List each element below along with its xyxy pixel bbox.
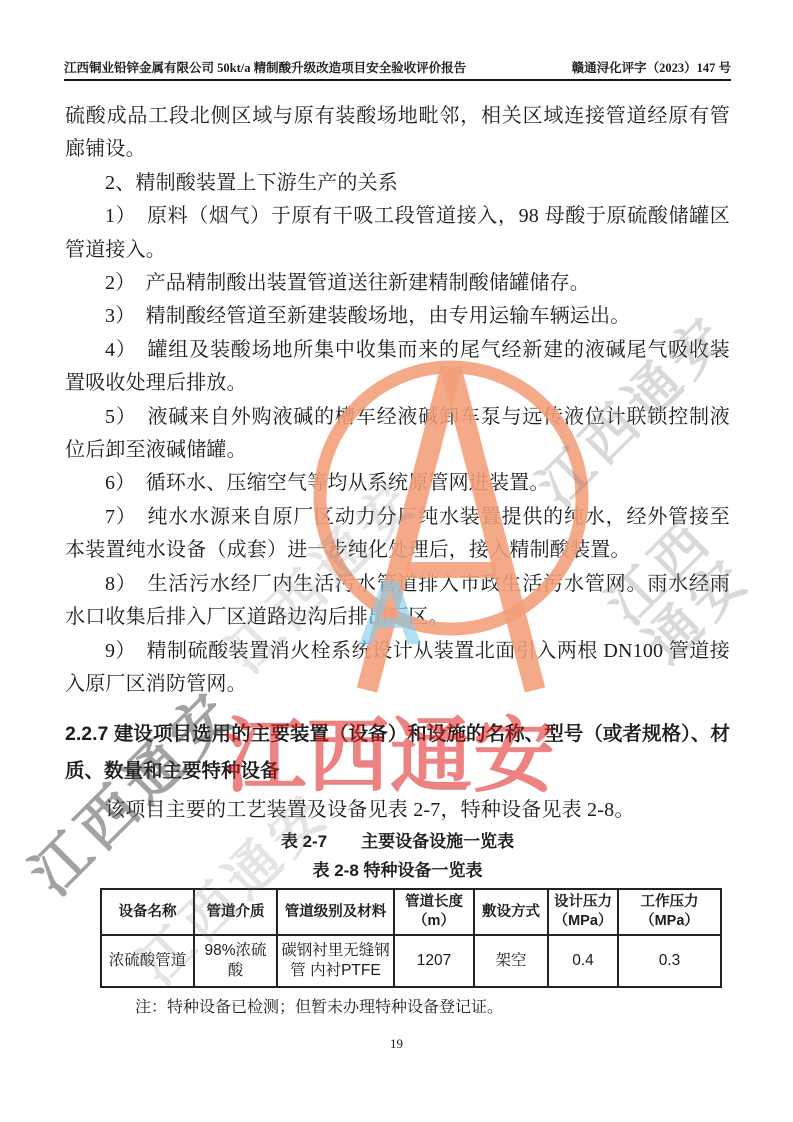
header-laying-method: 敷设方式 xyxy=(474,889,548,935)
body-paragraph: 2、精制酸装置上下游生产的关系 xyxy=(65,167,730,200)
header-pipe-length: 管道长度 （m） xyxy=(394,889,474,935)
table-row: 浓硫酸管道 98%浓硫酸 碳钢衬里无缝钢管 内衬PTFE 1207 架空 0.4… xyxy=(101,935,721,987)
special-equipment-table: 设备名称 管道介质 管道级别及材料 管道长度 （m） 敷设方式 设计压力 （MP… xyxy=(100,888,722,988)
table-caption-2-7: 表 2-7 主要设备设施一览表 xyxy=(65,828,730,855)
body-paragraph: 6） 循环水、压缩空气等均从系统原管网进装置。 xyxy=(65,467,730,500)
page-number: 19 xyxy=(0,1036,793,1052)
header-pipe-class-material: 管道级别及材料 xyxy=(277,889,394,935)
body-paragraph: 硫酸成品工段北侧区域与原有装酸场地毗邻，相关区域连接管道经原有管廊铺设。 xyxy=(65,100,730,167)
document-page: 江西铜业铅锌金属有限公司 50kt/a 精制酸升级改造项目安全验收评价报告 赣通… xyxy=(0,0,793,1122)
body-paragraph: 5） 液碱来自外购液碱的槽车经液碱卸车泵与远传液位计联锁控制液位后卸至液碱储罐。 xyxy=(65,401,730,468)
header-pipe-medium: 管道介质 xyxy=(194,889,277,935)
cell-pipe-medium: 98%浓硫酸 xyxy=(194,935,277,987)
header-document-number: 赣通浔化评字（2023）147 号 xyxy=(572,60,731,76)
cell-pipe-length: 1207 xyxy=(394,935,474,987)
section-intro-paragraph: 该项目主要的工艺装置及设备见表 2-7，特种设备见表 2-8。 xyxy=(65,795,730,826)
cell-equipment-name: 浓硫酸管道 xyxy=(101,935,194,987)
cell-working-pressure: 0.3 xyxy=(618,935,721,987)
cell-pipe-class-material: 碳钢衬里无缝钢管 内衬PTFE xyxy=(277,935,394,987)
cell-design-pressure: 0.4 xyxy=(548,935,618,987)
body-paragraph: 3） 精制酸经管道至新建装酸场地，由专用运输车辆运出。 xyxy=(65,300,730,333)
page-content: 硫酸成品工段北侧区域与原有装酸场地毗邻，相关区域连接管道经原有管廊铺设。 2、精… xyxy=(65,100,730,1019)
body-paragraph: 8） 生活污水经厂内生活污水管道排入市政生活污水管网。雨水经雨水口收集后排入厂区… xyxy=(65,568,730,635)
table-note: 注：特种设备已检测；但暂未办理特种设备登记证。 xyxy=(135,997,730,1019)
body-paragraph: 1） 原料（烟气）于原有干吸工段管道接入，98 母酸于原硫酸储罐区管道接入。 xyxy=(65,200,730,267)
page-header: 江西铜业铅锌金属有限公司 50kt/a 精制酸升级改造项目安全验收评价报告 赣通… xyxy=(64,60,731,81)
table-header-row: 设备名称 管道介质 管道级别及材料 管道长度 （m） 敷设方式 设计压力 （MP… xyxy=(101,889,721,935)
cell-laying-method: 架空 xyxy=(474,935,548,987)
body-paragraph: 2） 产品精制酸出装置管道送往新建精制酸储罐储存。 xyxy=(65,267,730,300)
header-working-pressure: 工作压力 （MPa） xyxy=(618,889,721,935)
table-caption-2-8: 表 2-8 特种设备一览表 xyxy=(65,857,730,884)
header-design-pressure: 设计压力 （MPa） xyxy=(548,889,618,935)
body-paragraph: 4） 罐组及装酸场地所集中收集而来的尾气经新建的液碱尾气吸收装置吸收处理后排放。 xyxy=(65,334,730,401)
header-report-title: 江西铜业铅锌金属有限公司 50kt/a 精制酸升级改造项目安全验收评价报告 xyxy=(64,60,466,76)
body-paragraph: 7） 纯水水源来自原厂区动力分厂纯水装置提供的纯水，经外管接至本装置纯水设备（成… xyxy=(65,501,730,568)
body-paragraph: 9） 精制硫酸装置消火栓系统设计从装置北面引入两根 DN100 管道接入原厂区消… xyxy=(65,635,730,702)
section-heading-2-2-7: 2.2.7 建设项目选用的主要装置（设备）和设施的名称、型号（或者规格）、材质、… xyxy=(65,716,730,790)
header-equipment-name: 设备名称 xyxy=(101,889,194,935)
